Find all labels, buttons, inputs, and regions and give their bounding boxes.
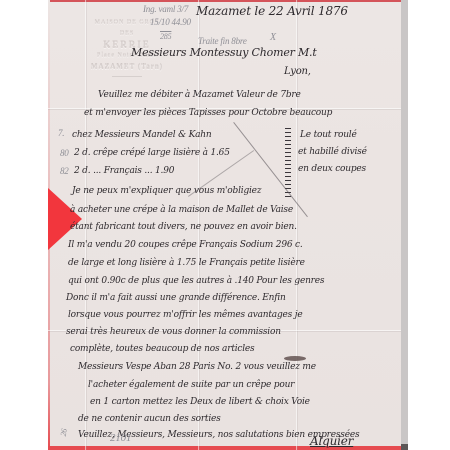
body-line: Donc il m'a fait aussi une grande différ…	[66, 293, 286, 303]
pencil-note: 26	[59, 428, 69, 437]
city: Lyon,	[284, 66, 311, 77]
body-line: 2 d. crêpe crépé large lisière à 1.65	[74, 148, 230, 158]
place-date: Mazamet le 22 Avril 1876	[196, 4, 348, 18]
pencil-note: 2101	[110, 432, 131, 444]
margin-note: 7.	[58, 128, 64, 138]
bracketed-note-line: en deux coupes	[298, 164, 366, 174]
bracketed-note-line: Le tout roulé	[300, 130, 357, 140]
pencil-note: Traite fin 8bre	[198, 36, 247, 46]
body-line: Je ne peux m'expliquer que vous m'obligi…	[72, 186, 261, 196]
scan-background: MAISON DE GROS DES KERRIE Place Notre Da…	[0, 0, 450, 450]
scanner-edge-strip	[400, 0, 408, 450]
bracketed-note-line: et habillé divisé	[298, 147, 367, 157]
pencil-mark: X	[270, 32, 276, 43]
body-line: Il m'a vendu 20 coupes crêpe Français So…	[68, 240, 303, 250]
body-line: Messieurs Vespe Aban 28 Paris No. 2 vous…	[78, 362, 316, 372]
body-line: lorsque vous pourrez m'offrir les mêmes …	[68, 310, 302, 320]
ink-smudge	[284, 356, 306, 361]
body-line: complète, toutes beaucoup de nos article…	[70, 344, 254, 354]
margin-note: 80	[60, 148, 69, 158]
pencil-note: 15/10 44.90	[150, 17, 191, 27]
body-line: serai très heureux de vous donner la com…	[66, 327, 281, 337]
margin-note: 82	[60, 166, 69, 176]
body-line: en 1 carton mettez les Deux de libert & …	[90, 397, 310, 407]
pencil-note: 285	[160, 32, 171, 41]
letterhead-rule	[112, 76, 142, 77]
body-line: et m'envoyer les pièces Tapisses pour Oc…	[84, 108, 332, 118]
pencil-note: 38 / 7/10	[400, 392, 401, 416]
red-edge-top	[48, 0, 401, 2]
body-line: chez Messieurs Mandel & Kahn	[72, 130, 212, 140]
signature: Alquier	[310, 434, 353, 448]
body-line: de ne contenir aucun des sorties	[78, 414, 221, 424]
body-line: qui ont 0.90c de plus que les autres à .…	[68, 276, 324, 286]
letter-paper: MAISON DE GROS DES KERRIE Place Notre Da…	[48, 0, 401, 450]
pencil-note: Ing. vaml 3/7	[143, 4, 188, 14]
salutation: Messieurs Montessuy Chomer M.t	[131, 46, 317, 59]
body-line: Veuillez me débiter à Mazamet Valeur de …	[98, 90, 301, 100]
body-line: l'acheter également de suite par un crêp…	[88, 380, 294, 390]
body-line: à acheter une crépe à la maison de Malle…	[70, 205, 293, 215]
letterhead-city: MAZAMET (Tarn)	[72, 62, 182, 73]
body-line: 2 d. ... Français ... 1.90	[74, 166, 174, 176]
pencil-scribble	[399, 381, 401, 419]
body-line: de large et long lisière à 1.75 le Franç…	[68, 258, 305, 268]
body-line: étant fabricant tout divers, ne pouvez e…	[70, 222, 297, 232]
